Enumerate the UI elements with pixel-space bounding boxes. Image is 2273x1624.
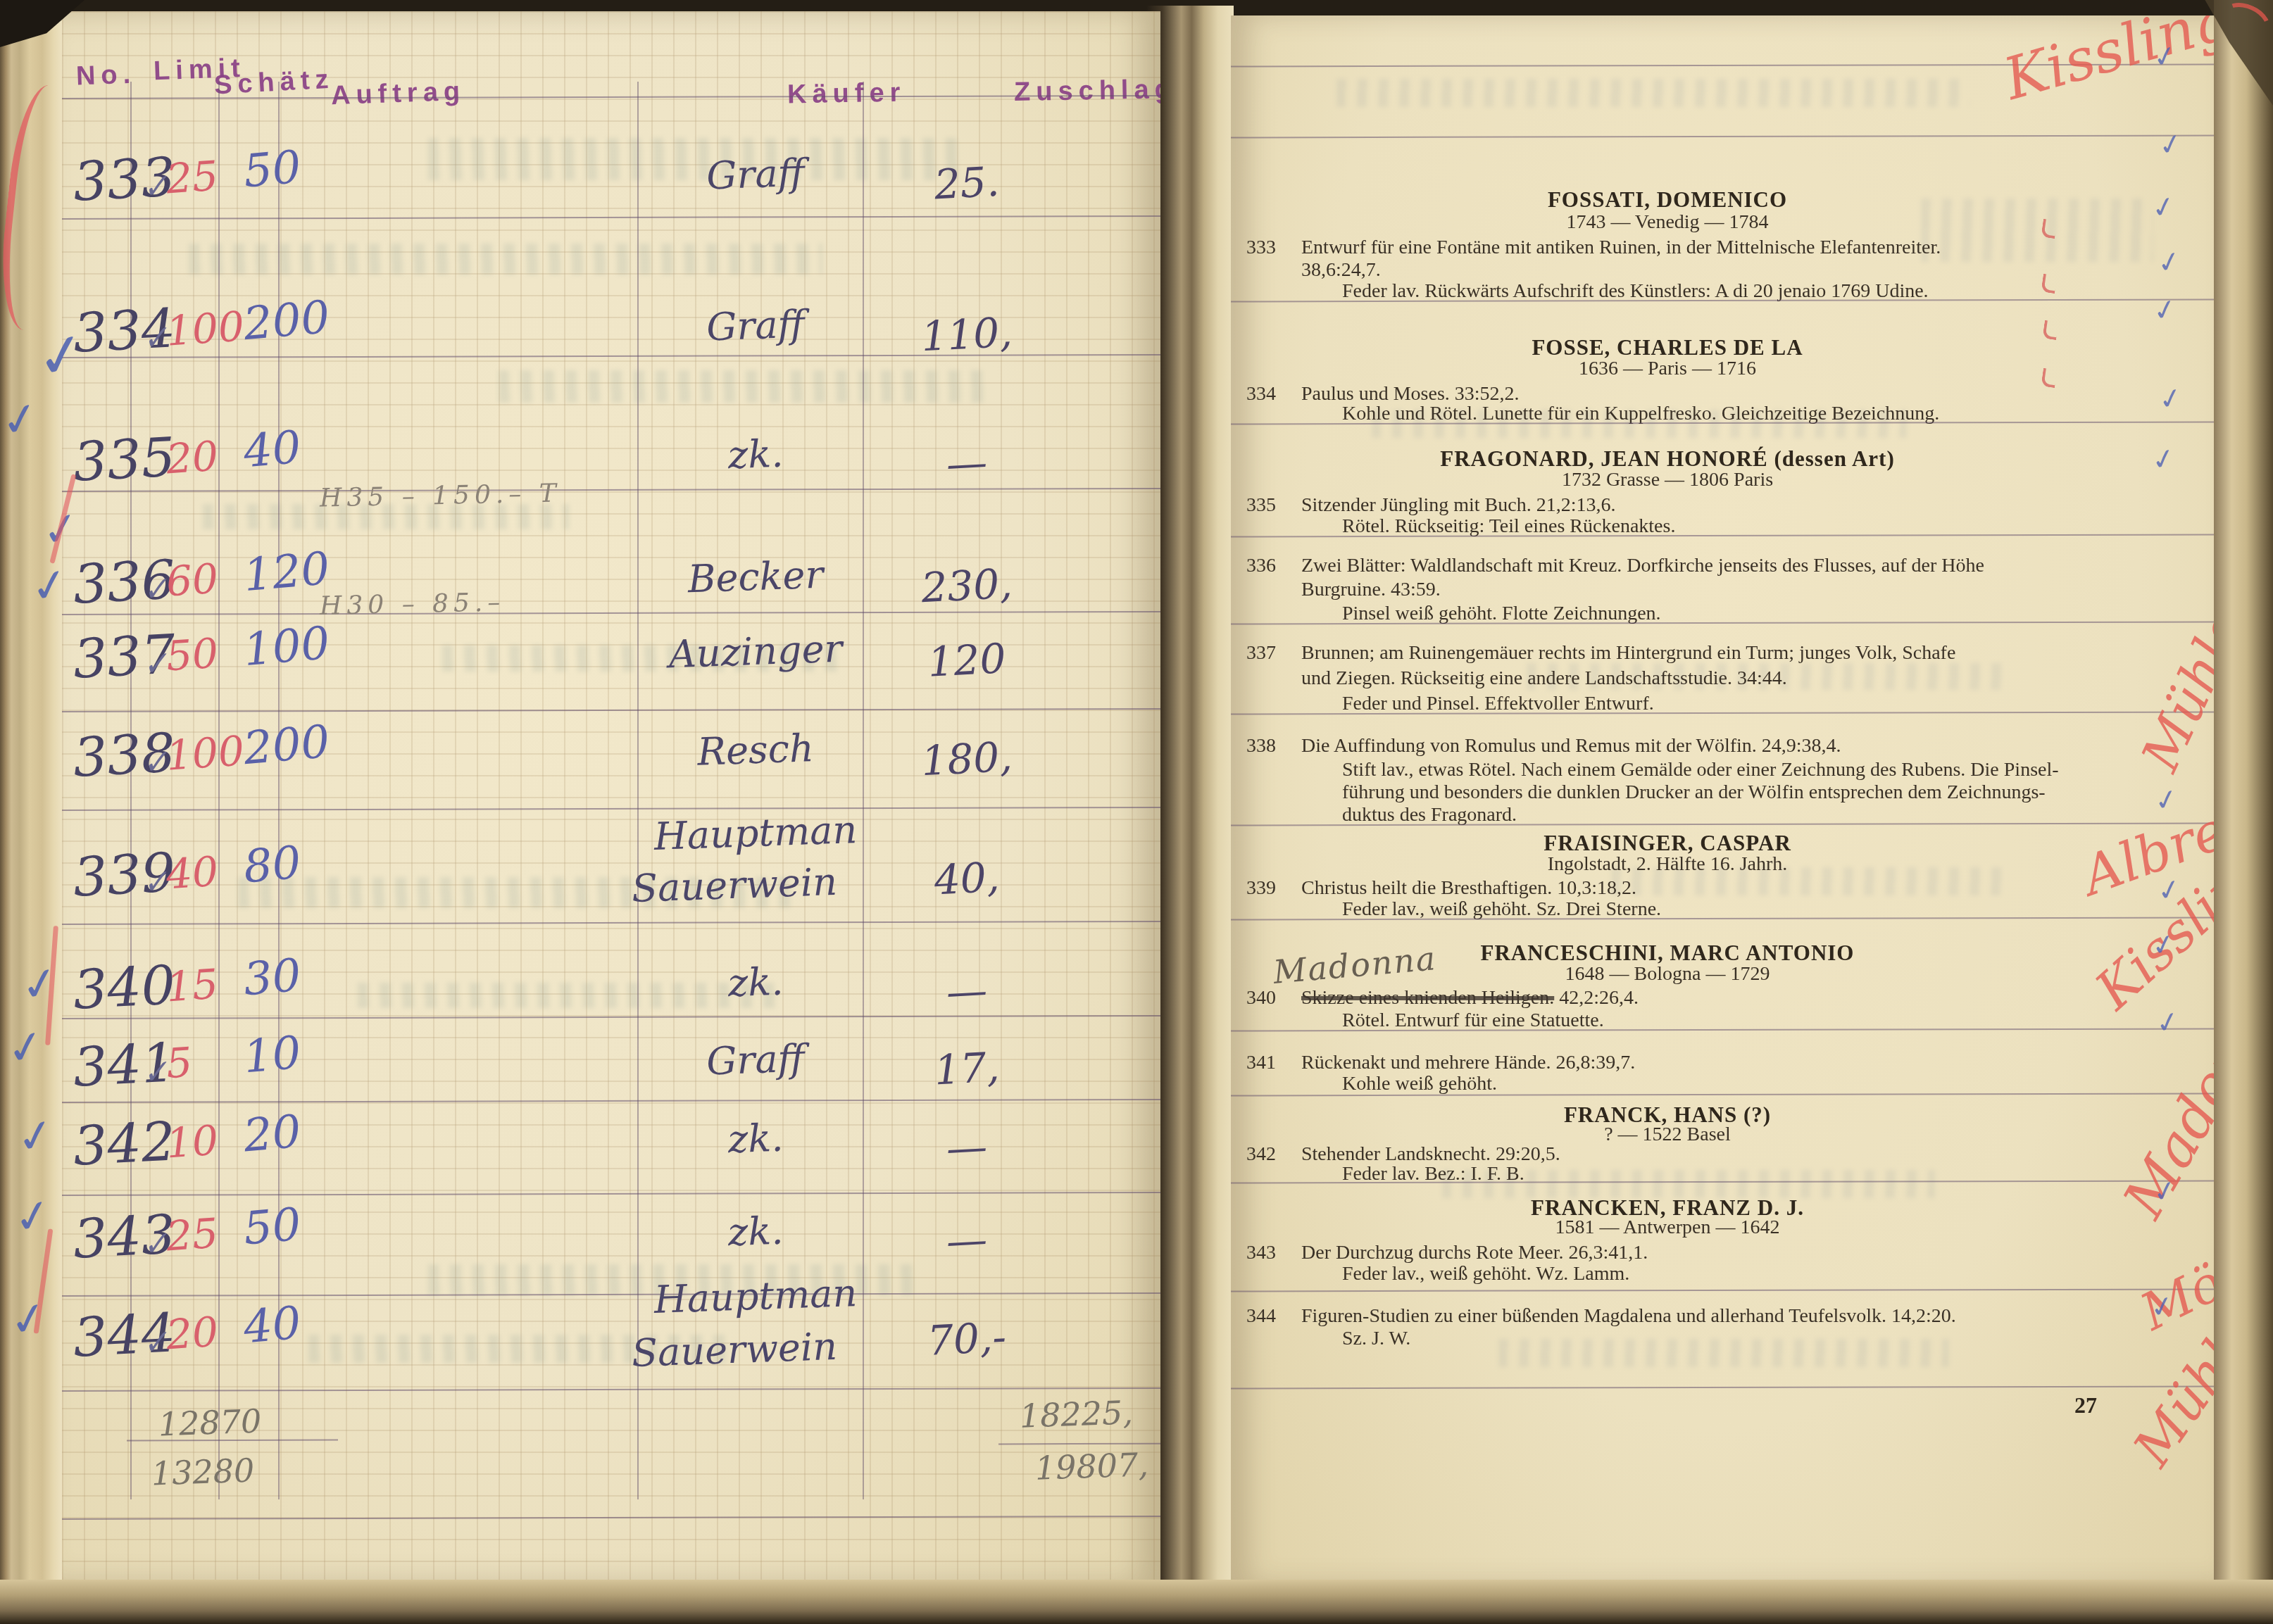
buyer-name: Graff xyxy=(639,148,872,200)
entry-number: 343 xyxy=(1246,1242,1276,1264)
header-auftrag: Auftrag xyxy=(330,77,465,112)
bleed-through-smudge xyxy=(1336,79,1970,107)
entry-technique: Feder lav., weiß gehöht. Sz. Drei Sterne… xyxy=(1342,898,1661,921)
catalog-rule xyxy=(1231,135,2214,139)
limit-value: 10 xyxy=(165,1116,220,1168)
entry-text: Sitzender Jüngling mit Buch. 21,2:13,6. xyxy=(1301,494,1615,517)
limit-value: 5 xyxy=(165,1038,194,1088)
hammer-price: 25. xyxy=(891,156,1041,211)
entry-number: 336 xyxy=(1246,555,1276,577)
schaetz-value: 80 xyxy=(242,837,303,894)
buyer-name: Resch xyxy=(639,724,872,776)
limit-value: 20 xyxy=(165,432,220,484)
entry-technique: Sz. J. W. xyxy=(1342,1328,1410,1350)
buyer-name: zk. xyxy=(639,1205,872,1257)
artist-dates: 1581 — Antwerpen — 1642 xyxy=(1231,1216,2104,1239)
entry-text: Burgruine. 43:59. xyxy=(1301,579,1441,601)
margin-check: ✓ xyxy=(2156,381,2186,417)
schaetz-value: 40 xyxy=(242,422,303,479)
catalog-rule xyxy=(1231,1289,2214,1292)
entry-text: 38,6:24,7. xyxy=(1301,259,1381,282)
margin-check: ✓ xyxy=(2150,292,2180,329)
catalog-rule xyxy=(1231,1386,2214,1390)
entry-text: und Ziegen. Rückseitig eine andere Lands… xyxy=(1301,667,1787,690)
catalog-page: FOSSATI, DOMENICO 1743 — Venedig — 1784 … xyxy=(1231,15,2214,1584)
artist-dates: Ingolstadt, 2. Hälfte 16. Jahrh. xyxy=(1231,853,2104,876)
header-zuschlag: Zuschlag xyxy=(1014,75,1160,108)
hammer-price: — xyxy=(891,436,1041,491)
ledger-page: No. Limit Schätz Auftrag Käufer Zuschlag… xyxy=(62,11,1160,1584)
buyer-name: Becker xyxy=(639,550,872,603)
right-page-stack-edge xyxy=(2214,0,2273,1624)
artist-header: FOSSE, CHARLES DE LA xyxy=(1231,335,2104,360)
red-tick-mark xyxy=(2041,274,2057,294)
red-annotation-kisslinger: Kisslinger xyxy=(1997,15,2214,113)
artist-dates: 1732 Grasse — 1806 Paris xyxy=(1231,469,2104,491)
margin-check: ✓ xyxy=(2149,441,2179,478)
entry-number: 334 xyxy=(1246,383,1276,405)
limit-value: 25 xyxy=(165,152,220,203)
hammer-price: 120 xyxy=(891,633,1041,688)
entry-technique: führung und besonders die dunklen Drucke… xyxy=(1342,781,2046,804)
schaetz-value: 50 xyxy=(242,1199,303,1256)
bottom-page-stack-edge xyxy=(0,1580,2273,1624)
limit-value: 15 xyxy=(165,960,220,1012)
bleed-through-smudge xyxy=(1498,1339,1949,1367)
artist-header: FRAISINGER, CASPAR xyxy=(1231,831,2104,856)
hammer-price: 180, xyxy=(891,731,1041,787)
entry-text: Skizze eines knienden Heiligen. 42,2:26,… xyxy=(1301,987,1639,1009)
page-number: 27 xyxy=(2074,1392,2097,1418)
entry-text: Entwurf für eine Fontäne mit antiken Rui… xyxy=(1301,237,1941,259)
entry-technique: Rötel. Rückseitig: Teil eines Rückenakte… xyxy=(1342,515,1675,538)
schaetz-value: 40 xyxy=(242,1297,303,1354)
margin-check: ✓ xyxy=(2155,244,2184,281)
hammer-price: — xyxy=(891,1120,1041,1176)
bleed-through-smudge xyxy=(189,244,822,275)
bleed-through-smudge xyxy=(499,370,991,403)
buyer-name-line2: Sauerwein xyxy=(618,1323,851,1376)
limit-value: 100 xyxy=(165,302,246,355)
hammer-price: 230, xyxy=(891,558,1041,614)
artist-header: FRAGONARD, JEAN HONORÉ (dessen Art) xyxy=(1231,446,2104,472)
schaetz-value: 20 xyxy=(242,1106,303,1163)
buyer-name: zk. xyxy=(639,956,872,1008)
column-line xyxy=(218,82,220,1499)
hammer-price: — xyxy=(891,1213,1041,1269)
buyer-name: zk. xyxy=(639,1112,872,1164)
buyer-name: Auzinger xyxy=(639,625,872,677)
lot-number: 335 xyxy=(72,425,177,493)
schaetz-value: 200 xyxy=(242,716,332,775)
artist-dates: 1743 — Venedig — 1784 xyxy=(1231,211,2104,234)
entry-technique: Kohle weiß gehöht. xyxy=(1342,1073,1497,1095)
schaetz-value: 50 xyxy=(242,141,303,199)
schaetz-value: 30 xyxy=(242,950,303,1007)
auction-ledger-book-spread: No. Limit Schätz Auftrag Käufer Zuschlag… xyxy=(0,0,2273,1624)
entry-number: 339 xyxy=(1246,877,1276,900)
column-line xyxy=(278,82,280,1499)
schaetz-value: 200 xyxy=(242,291,332,351)
pencil-note-336: H35 – 150.– T xyxy=(320,479,561,512)
schaetz-value: 120 xyxy=(242,543,332,602)
limit-total-2: 13280 xyxy=(151,1451,255,1492)
buyer-name: Graff xyxy=(639,1033,872,1085)
entry-number: 338 xyxy=(1246,735,1276,757)
entry-text: Zwei Blätter: Waldlandschaft mit Kreuz. … xyxy=(1301,555,1984,577)
entry-text: Die Auffindung von Romulus und Remus mit… xyxy=(1301,735,1841,757)
entry-text-rest: 42,2:26,4. xyxy=(1554,987,1639,1009)
artist-dates: 1636 — Paris — 1716 xyxy=(1231,358,2104,380)
entry-technique: Feder lav., weiß gehöht. Wz. Lamm. xyxy=(1342,1263,1629,1285)
artist-header: FOSSATI, DOMENICO xyxy=(1231,187,2104,213)
entry-technique: Stift lav., etwas Rötel. Nach einem Gemä… xyxy=(1342,759,2059,781)
entry-text: Brunnen; am Ruinengemäuer rechts im Hint… xyxy=(1301,642,1955,665)
margin-check: ✓ xyxy=(2156,127,2186,163)
entry-text: Christus heilt die Bresthaftigen. 10,3:1… xyxy=(1301,877,1636,900)
entry-number: 340 xyxy=(1246,987,1276,1009)
limit-value: 25 xyxy=(165,1209,220,1261)
buyer-name: Hauptman xyxy=(639,1270,872,1322)
hammer-price: 40, xyxy=(891,851,1041,907)
hammer-price: 110, xyxy=(891,307,1041,363)
struck-through-text: Skizze eines knienden Heiligen. xyxy=(1301,987,1554,1009)
lot-number: 340 xyxy=(72,953,177,1021)
red-annotation-muehlemann: Mühlemann xyxy=(2130,468,2214,780)
header-schaetz: Schätz xyxy=(213,65,335,101)
entry-number: 333 xyxy=(1246,237,1276,259)
red-tick-mark xyxy=(2041,368,2057,389)
entry-number: 335 xyxy=(1246,494,1276,517)
entry-technique: Feder und Pinsel. Effektvoller Entwurf. xyxy=(1342,693,1654,715)
buyer-name: zk. xyxy=(639,428,872,480)
zuschlag-total: 18225, xyxy=(1019,1393,1134,1435)
hammer-price: — xyxy=(891,964,1041,1019)
schaetz-value: 100 xyxy=(242,617,332,676)
entry-text: Figuren-Studien zu einer büßenden Magdal… xyxy=(1301,1305,1956,1328)
entry-number: 342 xyxy=(1246,1143,1276,1166)
entry-text: Rückenakt und mehrere Hände. 26,8:39,7. xyxy=(1301,1052,1635,1074)
limit-value: 60 xyxy=(165,555,220,606)
buyer-name: Graff xyxy=(639,299,872,351)
hammer-price: 70,- xyxy=(891,1311,1041,1367)
hammer-price: 17, xyxy=(891,1041,1041,1097)
limit-value: 50 xyxy=(165,629,220,681)
buyer-name-line2: Sauerwein xyxy=(618,859,851,911)
entry-technique: Rötel. Entwurf für eine Statuette. xyxy=(1342,1009,1604,1032)
entry-technique: duktus des Fragonard. xyxy=(1342,804,1517,826)
entry-number: 344 xyxy=(1246,1305,1276,1328)
entry-technique: Pinsel weiß gehöht. Flotte Zeichnungen. xyxy=(1342,603,1661,625)
margin-check: ✓ xyxy=(2153,1005,2183,1041)
schaetz-value: 10 xyxy=(242,1027,303,1084)
header-no: No. xyxy=(75,60,137,92)
pencil-note-337: H30 – 85.– xyxy=(320,588,506,621)
limit-total: 12870 xyxy=(158,1402,262,1443)
zuschlag-total-2: 19807, xyxy=(1034,1445,1149,1487)
limit-value: 40 xyxy=(165,848,220,899)
header-kaeufer: Käufer xyxy=(787,78,906,111)
buyer-name: Hauptman xyxy=(639,807,872,859)
entry-number: 337 xyxy=(1246,642,1276,665)
entry-number: 341 xyxy=(1246,1052,1276,1074)
limit-value: 100 xyxy=(165,726,246,780)
column-line xyxy=(130,82,132,1499)
entry-text: Der Durchzug durchs Rote Meer. 26,3:41,1… xyxy=(1301,1242,1648,1264)
lot-number: 342 xyxy=(72,1109,177,1177)
margin-check: ✓ xyxy=(2155,872,2184,909)
limit-value: 20 xyxy=(165,1308,220,1359)
margin-check: ✓ xyxy=(2152,782,2181,819)
